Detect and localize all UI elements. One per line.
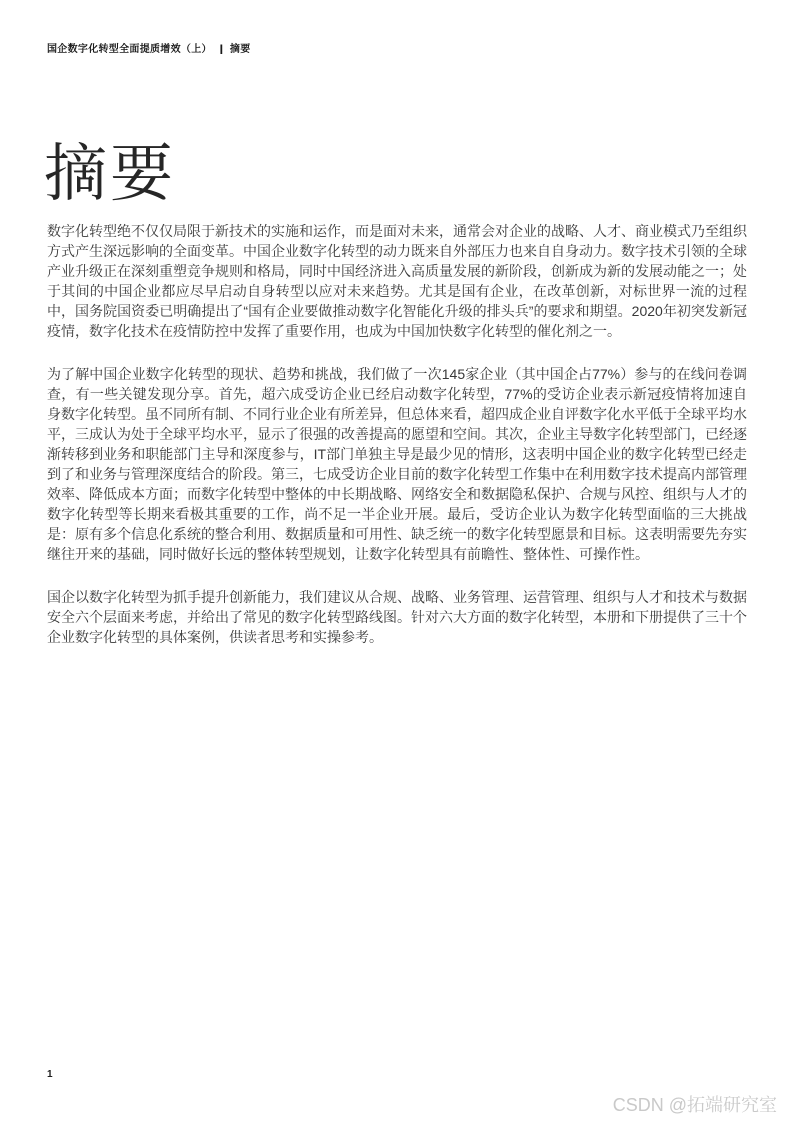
summary-paragraph: 数字化转型绝不仅仅局限于新技术的实施和运作，而是面对未来，通常会对企业的战略、人… [47,221,747,341]
summary-paragraph: 国企以数字化转型为抓手提升创新能力，我们建议从合规、战略、业务管理、运营管理、组… [47,587,747,647]
running-header-divider: | [219,44,223,55]
page-number: 1 [47,1069,53,1080]
document-page: 国企数字化转型全面提质增效（上）|摘要 摘要 数字化转型绝不仅仅局限于新技术的实… [0,0,793,1122]
summary-paragraph: 为了解中国企业数字化转型的现状、趋势和挑战，我们做了一次145家企业（其中国企占… [47,364,747,564]
summary-body: 数字化转型绝不仅仅局限于新技术的实施和运作，而是面对未来，通常会对企业的战略、人… [47,221,747,670]
running-header-section: 摘要 [230,44,251,55]
csdn-watermark: CSDN @拓端研究室 [613,1091,777,1117]
page-title: 摘要 [44,140,176,209]
running-header-booklet-title: 国企数字化转型全面提质增效（上） [47,44,212,55]
running-header: 国企数字化转型全面提质增效（上）|摘要 [47,40,251,55]
